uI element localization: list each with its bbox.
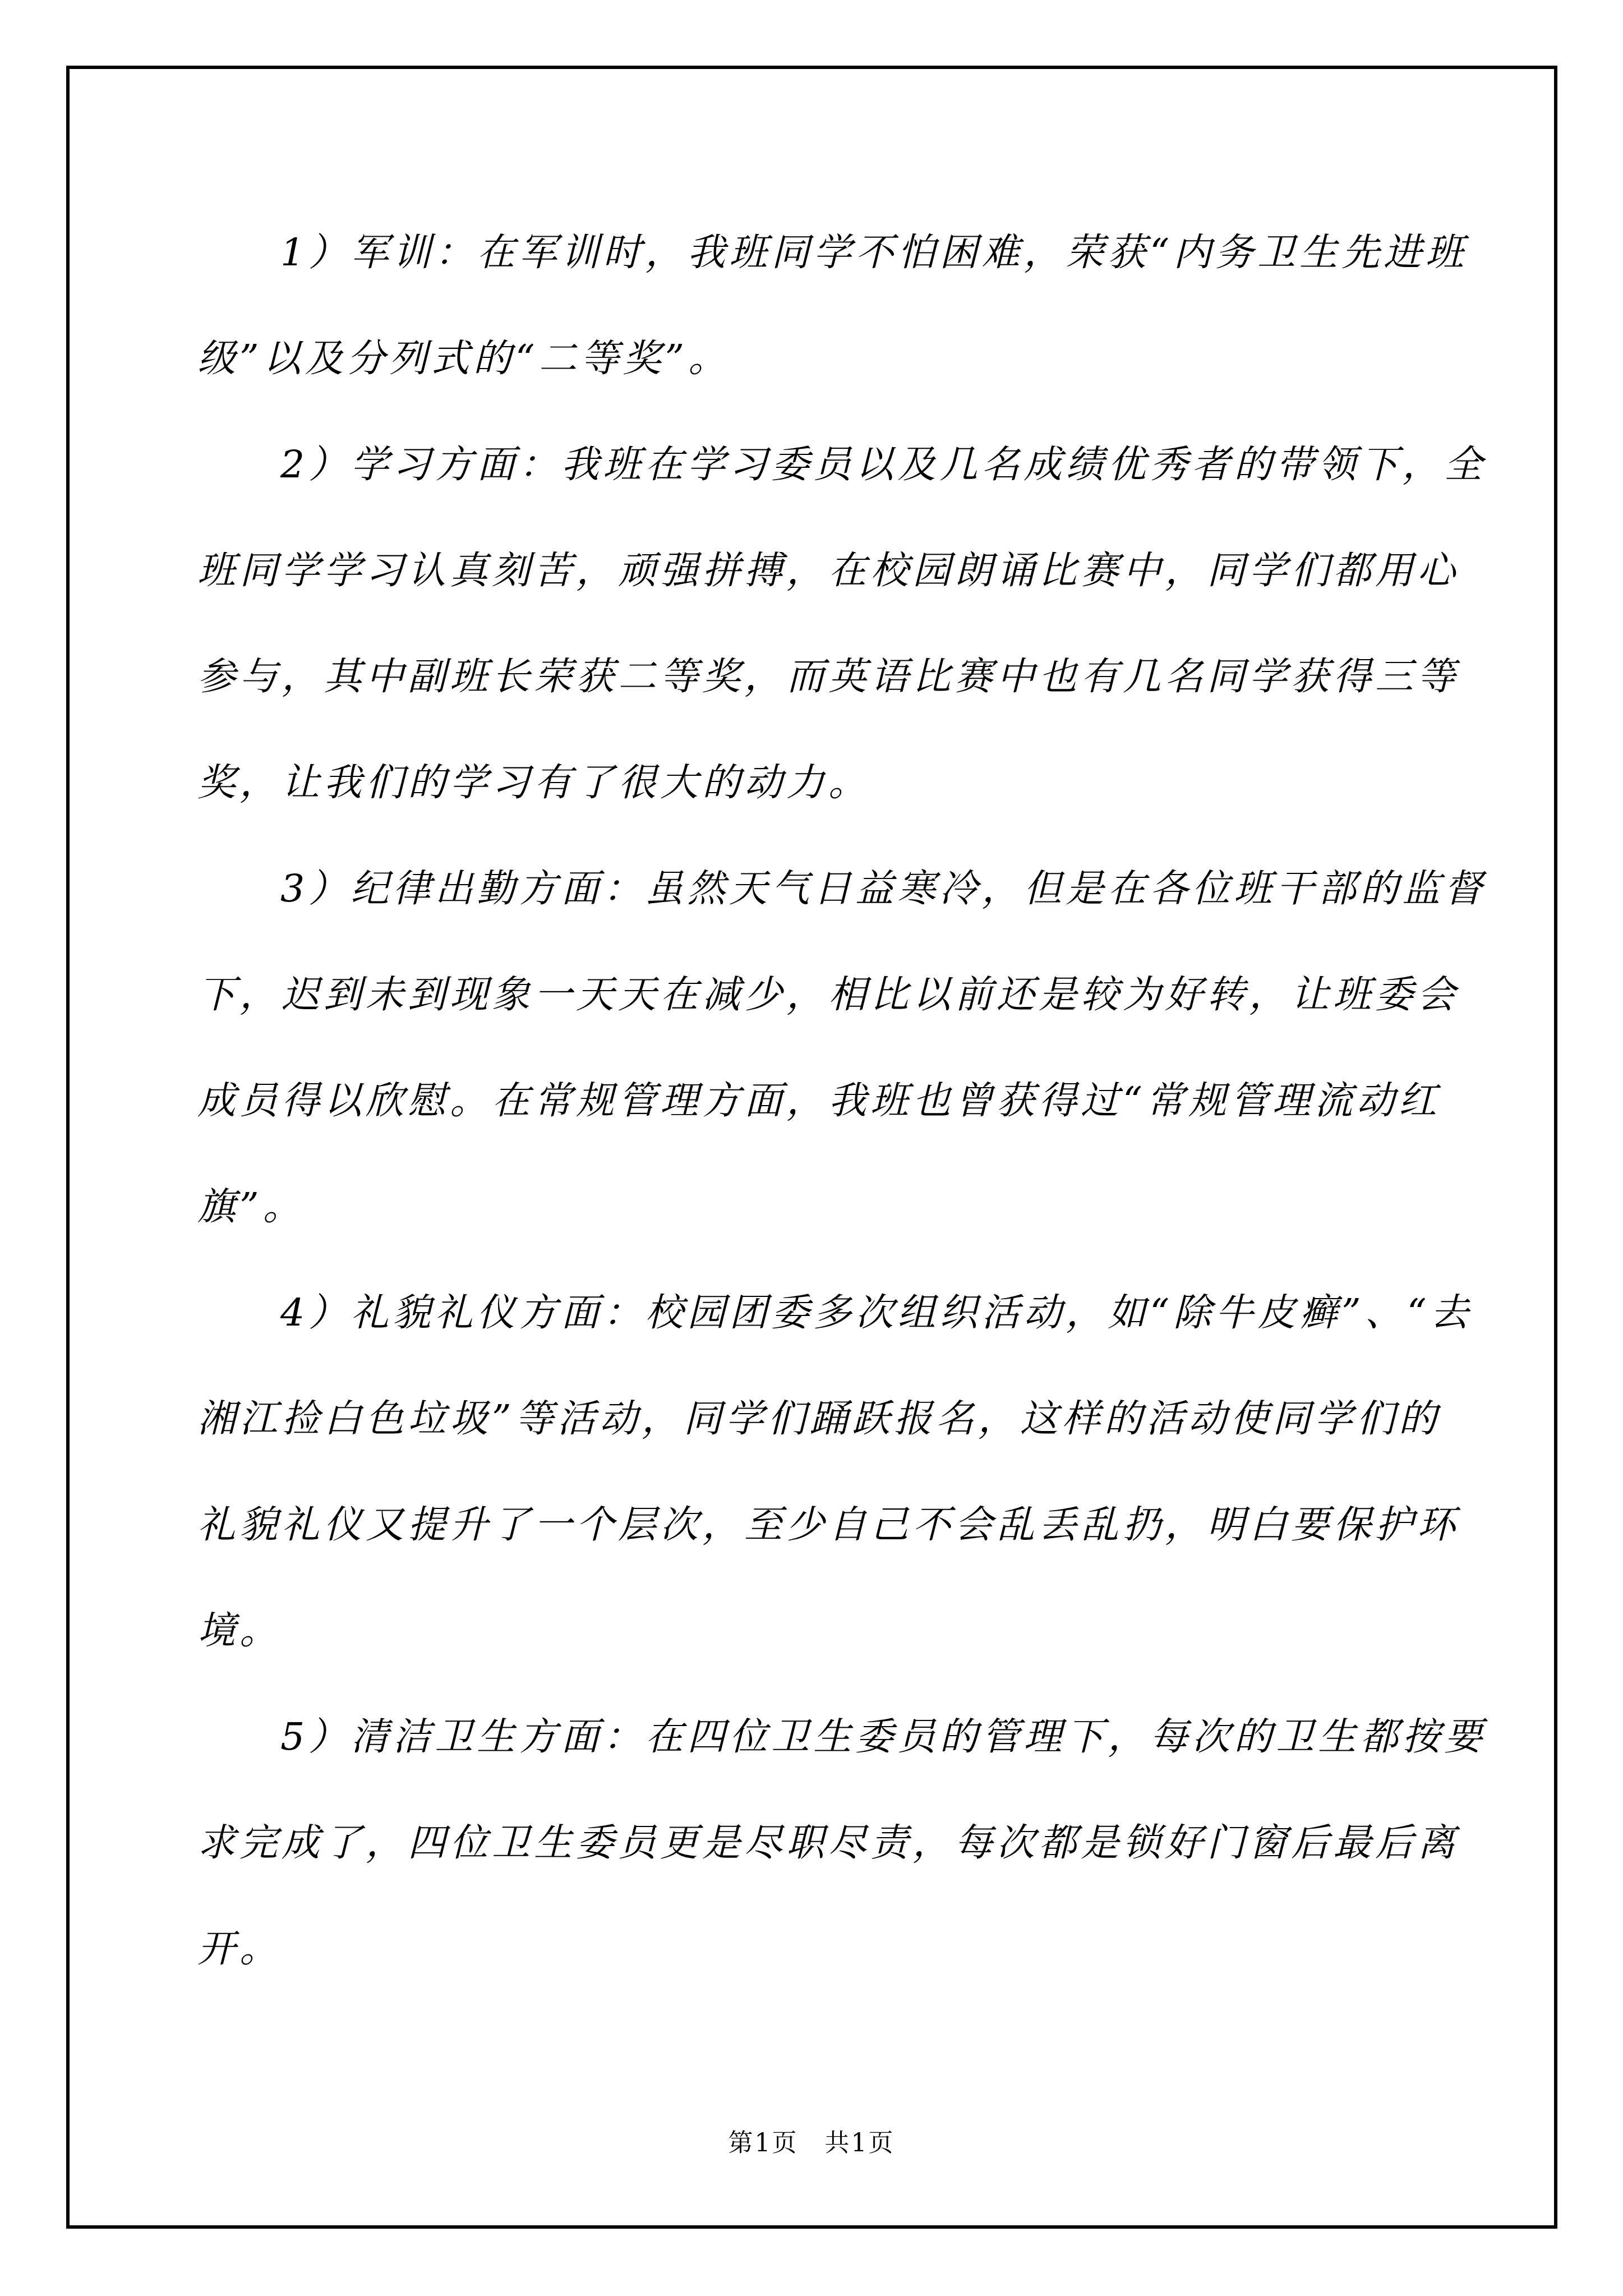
paragraph: 3）纪律出勤方面：虽然天气日益寒冷，但是在各位班干部的监督 下，迟到未到现象一天… [197, 836, 1470, 1260]
document-body: 1）军训：在军训时，我班同学不怕困难，荣获“内务卫生先进班 级”以及分列式的“二… [197, 200, 1470, 2002]
text-line: 奖，让我们的学习有了很大的动力。 [197, 730, 1470, 836]
paragraph: 4）礼貌礼仪方面：校园团委多次组织活动，如“除牛皮癣”、“去 湘江捡白色垃圾”等… [197, 1260, 1470, 1684]
text-line: 参与，其中副班长荣获二等奖，而英语比赛中也有几名同学获得三等 [197, 624, 1470, 730]
text-line: 成员得以欣慰。在常规管理方面，我班也曾获得过“常规管理流动红 [197, 1048, 1470, 1154]
text-line: 班同学学习认真刻苦，顽强拼搏，在校园朗诵比赛中，同学们都用心 [197, 518, 1470, 624]
text-line: 2）学习方面：我班在学习委员以及几名成绩优秀者的带领下，全 [197, 412, 1470, 518]
text-line: 开。 [197, 1896, 1470, 2002]
text-line: 下，迟到未到现象一天天在减少，相比以前还是较为好转，让班委会 [197, 942, 1470, 1048]
text-line: 礼貌礼仪又提升了一个层次，至少自己不会乱丢乱扔，明白要保护环 [197, 1472, 1470, 1578]
paragraph: 1）军训：在军训时，我班同学不怕困难，荣获“内务卫生先进班 级”以及分列式的“二… [197, 200, 1470, 412]
text-line: 4）礼貌礼仪方面：校园团委多次组织活动，如“除牛皮癣”、“去 [197, 1260, 1470, 1366]
text-line: 境。 [197, 1578, 1470, 1684]
text-line: 1）军训：在军训时，我班同学不怕困难，荣获“内务卫生先进班 [197, 200, 1470, 306]
page-number-footer: 第1页 共1页 [0, 2122, 1623, 2165]
paragraph: 5）清洁卫生方面：在四位卫生委员的管理下，每次的卫生都按要 求完成了，四位卫生委… [197, 1684, 1470, 2002]
text-line: 旗”。 [197, 1154, 1470, 1260]
text-line: 湘江捡白色垃圾”等活动，同学们踊跃报名，这样的活动使同学们的 [197, 1366, 1470, 1472]
text-line: 5）清洁卫生方面：在四位卫生委员的管理下，每次的卫生都按要 [197, 1684, 1470, 1790]
text-line: 级”以及分列式的“二等奖”。 [197, 306, 1470, 412]
text-line: 3）纪律出勤方面：虽然天气日益寒冷，但是在各位班干部的监督 [197, 836, 1470, 942]
text-line: 求完成了，四位卫生委员更是尽职尽责，每次都是锁好门窗后最后离 [197, 1790, 1470, 1896]
paragraph: 2）学习方面：我班在学习委员以及几名成绩优秀者的带领下，全 班同学学习认真刻苦，… [197, 412, 1470, 836]
